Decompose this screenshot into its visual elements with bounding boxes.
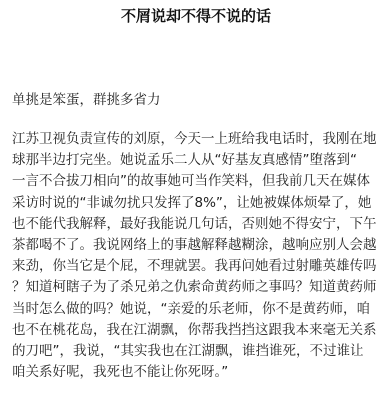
article-title: 不屑说却不得不说的话 <box>0 5 392 26</box>
body-line: 咱关系好呢，我死也不能让你死呀。” <box>12 362 390 383</box>
body-line: 江苏卫视负责宣传的刘原，今天一上班给我电话时，我刚在地 <box>12 129 390 150</box>
body-line: 茶都喝不了。我说网络上的事越解释越糊涂，越响应别人会越 <box>12 235 390 256</box>
article-body: 江苏卫视负责宣传的刘原，今天一上班给我电话时，我刚在地 球那半边打完坐。她说孟乐… <box>12 129 390 383</box>
body-line: 采访时说的“非诚勿扰只发挥了8%”，让她被媒体烦晕了，她 <box>12 193 390 214</box>
body-line: 当时怎么做的吗？她说，“亲爱的乐老师，你不是黄药师，咱 <box>12 299 390 320</box>
body-line: 球那半边打完坐。她说孟乐二人从“好基友真感情”堕落到“ <box>12 150 390 171</box>
body-line: 一言不合拔刀相向”的故事她可当作笑料，但我前几天在媒体 <box>12 171 390 192</box>
body-line: 也不在桃花岛，我在江湖飘，你帮我挡挡这跟我本来毫无关系 <box>12 320 390 341</box>
article-subheading: 单挑是笨蛋，群挑多省力 <box>12 88 161 108</box>
body-line: ？知道柯瞎子为了杀兄弟之仇索命黄药师之事吗？知道黄药师 <box>12 277 390 298</box>
body-line: 也不能代我解释，最好我能说几句话，否则她不得安宁，下午 <box>12 214 390 235</box>
body-line: 来劲，你当它是个屁，不理就罢。我再问她看过射雕英雄传吗 <box>12 256 390 277</box>
body-line: 的刀吧”，我说，“其实我也在江湖飘，谁挡谁死，不过谁让 <box>12 341 390 362</box>
